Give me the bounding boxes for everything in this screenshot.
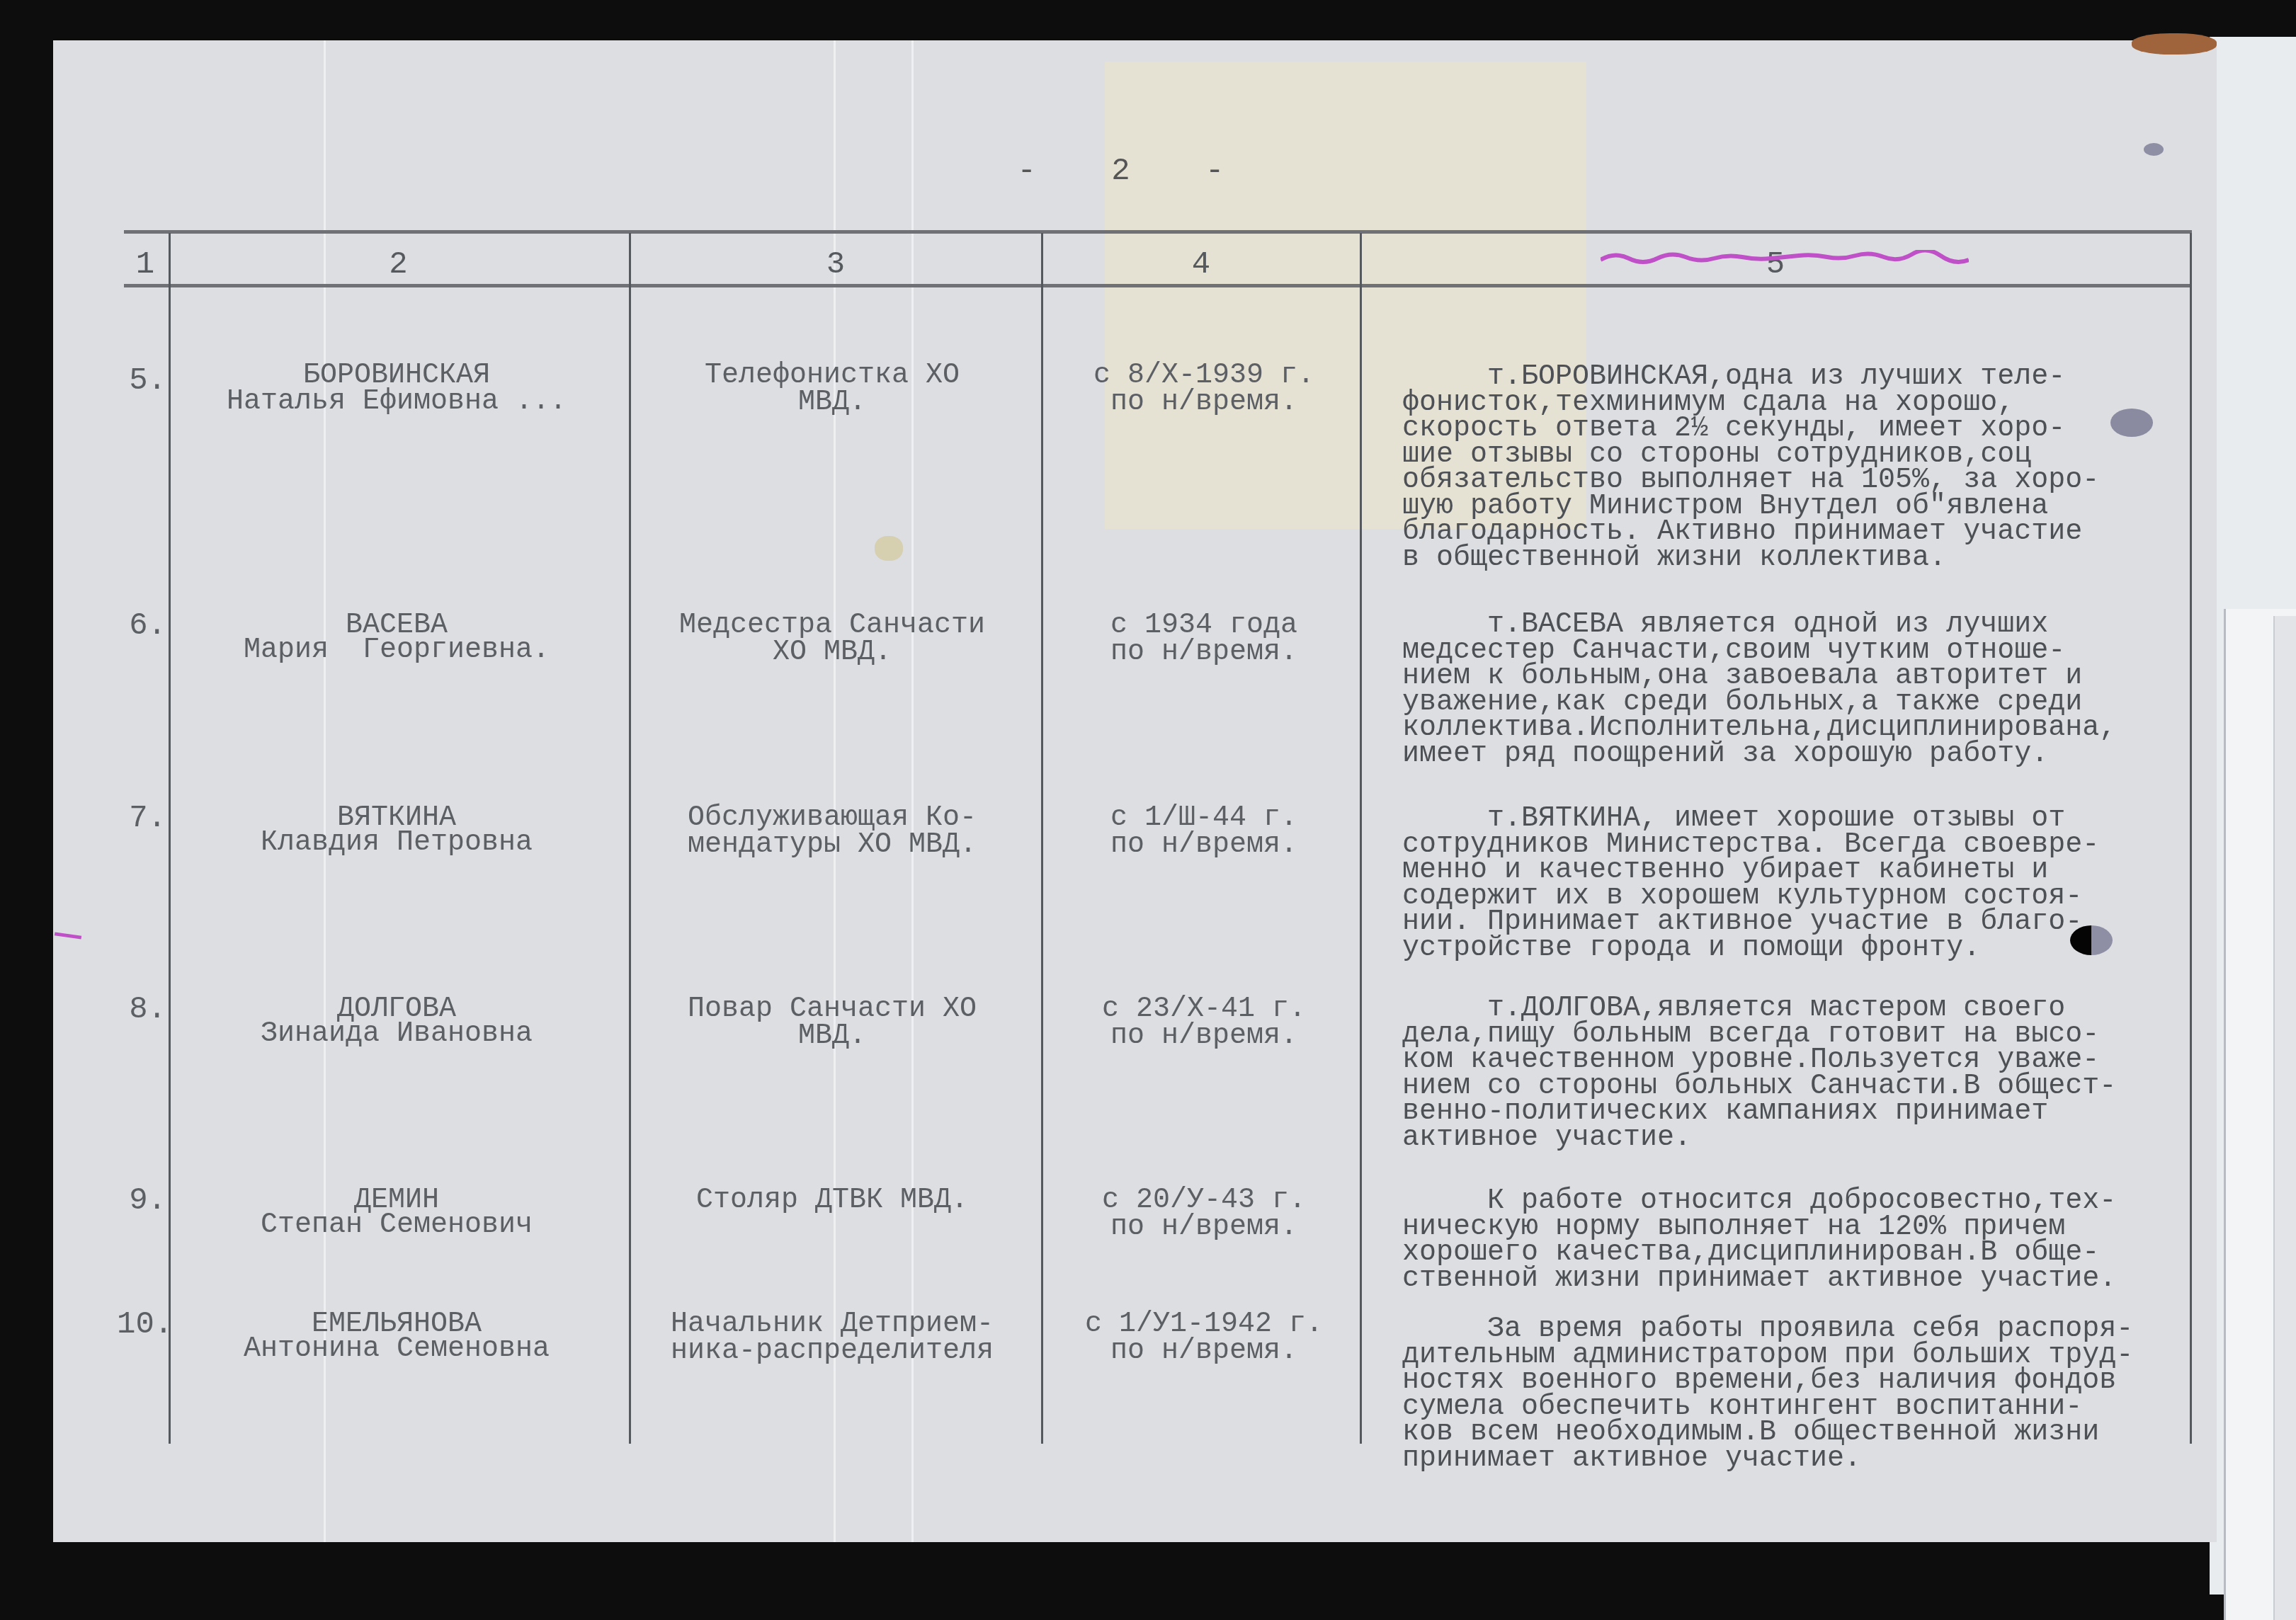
column-divider bbox=[629, 233, 631, 1444]
employment-period: с 20/У-43 г. по н/время. bbox=[1048, 1187, 1360, 1241]
employee-position: Телефонистка ХО МВД. bbox=[634, 363, 1030, 416]
row-number: 6. bbox=[117, 612, 166, 639]
employee-given-names: Мария Георгиевна. bbox=[170, 637, 623, 664]
document-page: - 2 - 1 2 3 4 5 5. БОРОВИНСКАЯ Наталья Е… bbox=[53, 40, 2217, 1542]
row-number: 10. bbox=[117, 1311, 166, 1338]
employee-description: За время работы проявила себя распоря- д… bbox=[1402, 1317, 2195, 1472]
magenta-margin-mark bbox=[55, 932, 81, 939]
employee-given-names: Наталья Ефимовна ... bbox=[170, 389, 623, 416]
page-number: - 2 - bbox=[53, 154, 2217, 189]
employee-given-names: Клавдия Петровна bbox=[170, 830, 623, 857]
column-divider bbox=[1360, 233, 1362, 1444]
column-header-2: 2 bbox=[170, 247, 627, 283]
employee-given-names: Зинаида Ивановна bbox=[170, 1021, 623, 1048]
employee-given-names: Степан Семенович bbox=[170, 1212, 623, 1239]
row-number: 9. bbox=[117, 1187, 166, 1214]
rust-stain bbox=[2132, 33, 2217, 55]
magenta-underline-mark bbox=[1601, 250, 1969, 266]
employee-description: т.ДОЛГОВА,является мастером своего дела,… bbox=[1402, 996, 2195, 1151]
row-number: 7. bbox=[117, 805, 166, 832]
punch-hole bbox=[2110, 409, 2153, 437]
column-header-1: 1 bbox=[124, 247, 166, 283]
employment-period: с 1934 года по н/время. bbox=[1048, 612, 1360, 666]
employment-period: с 1/Ш-44 г. по н/время. bbox=[1048, 805, 1360, 859]
row-number: 8. bbox=[117, 996, 166, 1023]
row-number: 5. bbox=[117, 367, 166, 394]
column-divider bbox=[1041, 233, 1043, 1444]
table-top-rule bbox=[124, 230, 2192, 234]
stain bbox=[875, 536, 903, 561]
employee-description: т.БОРОВИНСКАЯ,одна из лучших теле- фонис… bbox=[1402, 365, 2195, 571]
employee-position: Повар Санчасти ХО МВД. bbox=[634, 996, 1030, 1050]
employee-position: Столяр ДТВК МВД. bbox=[634, 1187, 1030, 1214]
employee-description: т.ВАСЕВА является одной из лучших медсес… bbox=[1402, 612, 2195, 768]
employment-period: с 23/Х-41 г. по н/время. bbox=[1048, 996, 1360, 1050]
employee-description: К работе относится добросовестно,тех- ни… bbox=[1402, 1189, 2195, 1292]
employee-given-names: Антонина Семеновна bbox=[170, 1336, 623, 1363]
employee-position: Обслуживающая Ко- мендатуры ХО МВД. bbox=[634, 805, 1030, 859]
employment-period: с 8/Х-1939 г. по н/время. bbox=[1048, 363, 1360, 416]
punch-hole bbox=[2144, 143, 2164, 156]
employee-position: Медсестра Санчасти ХО МВД. bbox=[634, 612, 1030, 666]
employee-position: Начальник Детприем- ника-распределителя bbox=[634, 1311, 1030, 1365]
column-header-3: 3 bbox=[630, 247, 1041, 283]
table-header-rule bbox=[124, 284, 2192, 287]
punch-hole bbox=[2070, 925, 2113, 955]
backing-sheet bbox=[2273, 616, 2296, 1620]
column-header-4: 4 bbox=[1042, 247, 1360, 283]
employment-period: с 1/У1-1942 г. по н/время. bbox=[1048, 1311, 1360, 1365]
